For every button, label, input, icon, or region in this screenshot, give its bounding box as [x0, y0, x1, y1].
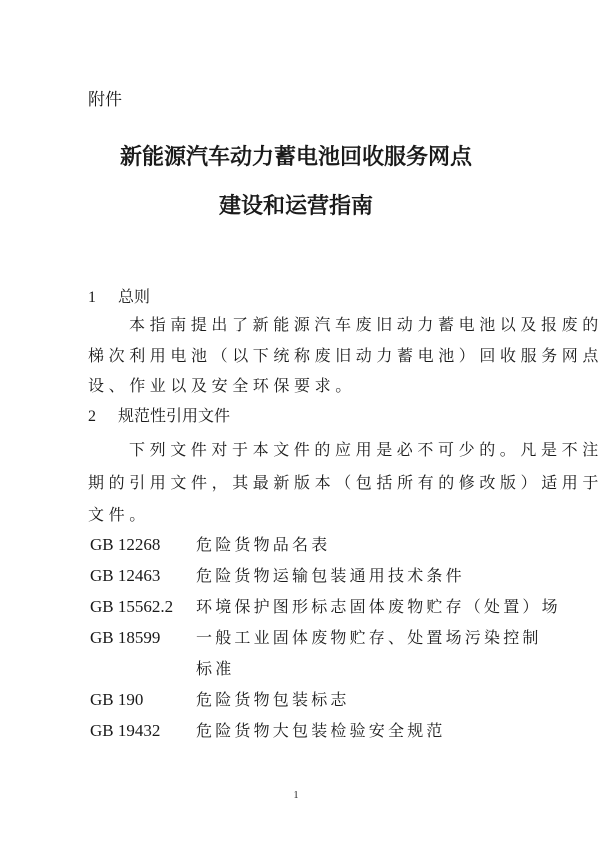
reference-code: GB 19432	[90, 720, 160, 742]
paragraph-line: 梯次利用电池（以下统称废旧动力蓄电池）回收服务网点建	[88, 345, 600, 367]
page-number: 1	[0, 790, 592, 802]
reference-title: 危险货物运输包装通用技术条件	[196, 565, 465, 587]
paragraph-line: 文件。	[88, 504, 150, 526]
reference-title: 标准	[196, 658, 234, 680]
section-1-heading: 1总则	[88, 286, 150, 309]
reference-code: GB 12463	[90, 565, 160, 587]
reference-title: 环境保护图形标志固体废物贮存（处置）场	[196, 596, 561, 618]
reference-code: GB 15562.2	[90, 596, 173, 618]
section-title: 规范性引用文件	[118, 406, 230, 425]
paragraph-line: 本指南提出了新能源汽车废旧动力蓄电池以及报废的	[129, 314, 600, 336]
reference-title: 危险货物品名表	[196, 534, 330, 556]
reference-title: 危险货物包装标志	[196, 689, 350, 711]
reference-title: 一般工业固体废物贮存、处置场污染控制	[196, 627, 542, 649]
section-title: 总则	[118, 287, 150, 306]
reference-code: GB 190	[90, 689, 143, 711]
reference-code: GB 18599	[90, 627, 160, 649]
paragraph-line: 设、作业以及安全环保要求。	[88, 375, 356, 397]
paragraph-line: 下列文件对于本文件的应用是必不可少的。凡是不注日	[129, 439, 600, 461]
attachment-label: 附件	[88, 89, 122, 111]
section-2-heading: 2规范性引用文件	[88, 405, 230, 428]
reference-code: GB 12268	[90, 534, 160, 556]
section-number: 1	[88, 287, 118, 309]
document-title-line-1: 新能源汽车动力蓄电池回收服务网点	[0, 143, 592, 171]
paragraph-line: 期的引用文件，其最新版本（包括所有的修改版）适用于本	[88, 472, 600, 494]
section-number: 2	[88, 406, 118, 428]
reference-title: 危险货物大包装检验安全规范	[196, 720, 446, 742]
document-title-line-2: 建设和运营指南	[0, 192, 592, 220]
